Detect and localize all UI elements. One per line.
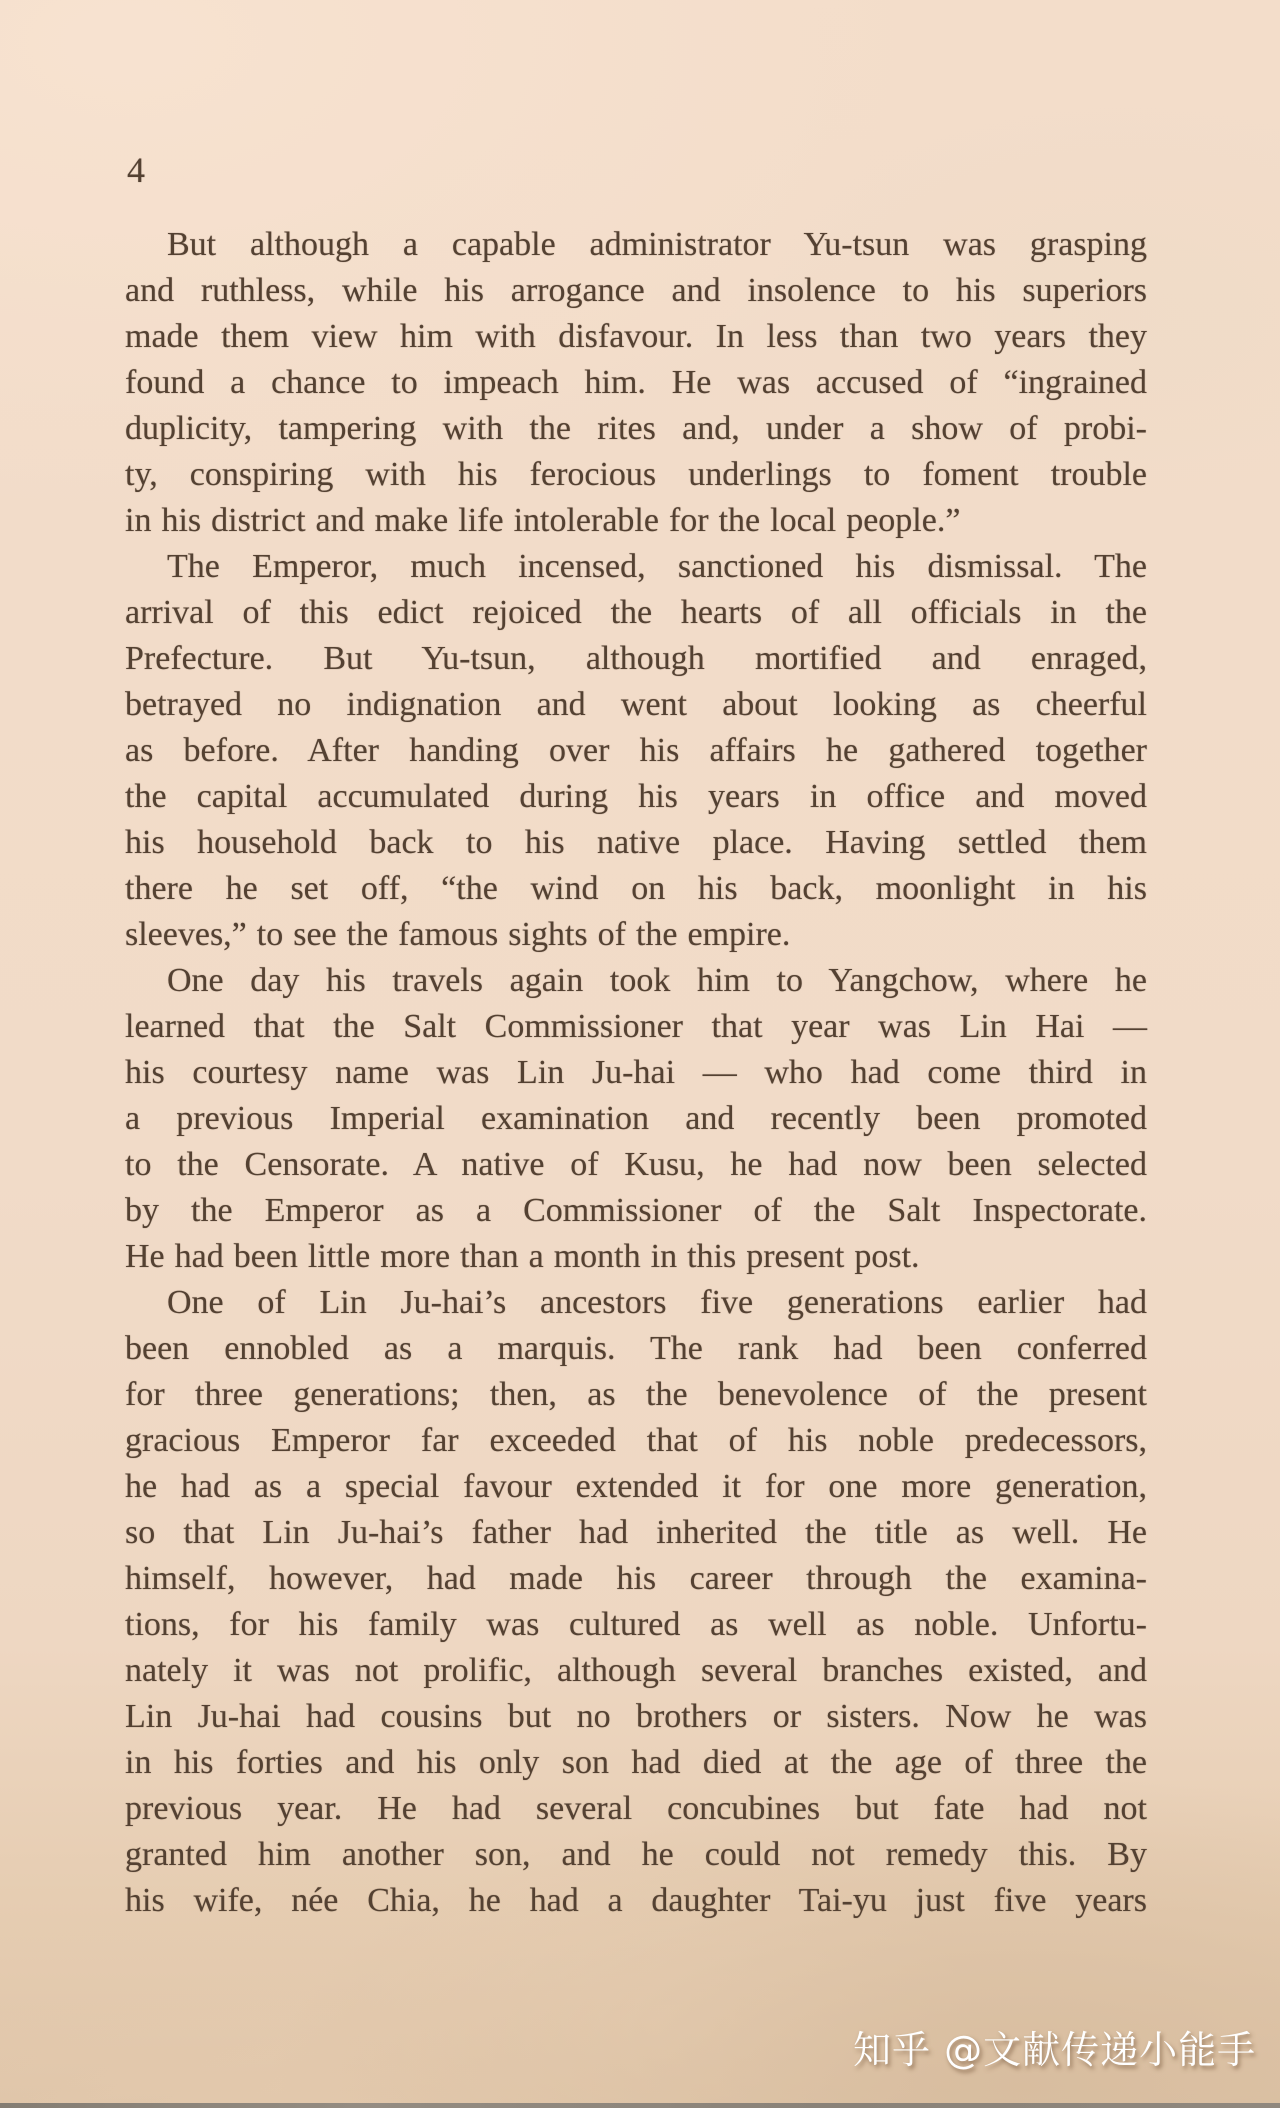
text-line: he had as a special favour extended it f… — [125, 1464, 1147, 1510]
text-line: One day his travels again took him to Ya… — [125, 958, 1147, 1004]
text-line: in his forties and his only son had died… — [125, 1740, 1147, 1786]
scan-edge-strip — [0, 2103, 1280, 2108]
text-line: nately it was not prolific, although sev… — [125, 1648, 1147, 1694]
text-line: as before. After handing over his affair… — [125, 728, 1147, 774]
text-line: ty, conspiring with his ferocious underl… — [125, 452, 1147, 498]
text-line: there he set off, “the wind on his back,… — [125, 866, 1147, 912]
text-line: But although a capable administrator Yu-… — [125, 222, 1147, 268]
paragraph: One day his travels again took him to Ya… — [125, 958, 1147, 1280]
text-line: in his district and make life intolerabl… — [125, 498, 1147, 544]
text-line: made them view him with disfavour. In le… — [125, 314, 1147, 360]
text-line: learned that the Salt Commissioner that … — [125, 1004, 1147, 1050]
paragraph: But although a capable administrator Yu-… — [125, 222, 1147, 544]
text-line: sleeves,” to see the famous sights of th… — [125, 912, 1147, 958]
text-line: been ennobled as a marquis. The rank had… — [125, 1326, 1147, 1372]
text-line: to the Censorate. A native of Kusu, he h… — [125, 1142, 1147, 1188]
paragraph: One of Lin Ju-hai’s ancestors five gener… — [125, 1280, 1147, 1924]
text-line: One of Lin Ju-hai’s ancestors five gener… — [125, 1280, 1147, 1326]
text-line: The Emperor, much incensed, sanctioned h… — [125, 544, 1147, 590]
text-line: Prefecture. But Yu-tsun, although mortif… — [125, 636, 1147, 682]
text-line: a previous Imperial examination and rece… — [125, 1096, 1147, 1142]
text-line: tions, for his family was cultured as we… — [125, 1602, 1147, 1648]
paragraph: The Emperor, much incensed, sanctioned h… — [125, 544, 1147, 958]
text-line: the capital accumulated during his years… — [125, 774, 1147, 820]
page-content: 4 But although a capable administrator Y… — [125, 150, 1147, 1924]
page-number: 4 — [127, 150, 1147, 190]
book-page-scan: 4 But although a capable administrator Y… — [0, 0, 1280, 2108]
text-line: granted him another son, and he could no… — [125, 1832, 1147, 1878]
text-line: and ruthless, while his arrogance and in… — [125, 268, 1147, 314]
body-text: But although a capable administrator Yu-… — [125, 222, 1147, 1924]
text-line: his wife, née Chia, he had a daughter Ta… — [125, 1878, 1147, 1924]
watermark-text: 知乎 @文献传递小能手 — [853, 2028, 1256, 2072]
text-line: previous year. He had several concubines… — [125, 1786, 1147, 1832]
text-line: by the Emperor as a Commissioner of the … — [125, 1188, 1147, 1234]
text-line: duplicity, tampering with the rites and,… — [125, 406, 1147, 452]
text-line: for three generations; then, as the bene… — [125, 1372, 1147, 1418]
text-line: found a chance to impeach him. He was ac… — [125, 360, 1147, 406]
text-line: himself, however, had made his career th… — [125, 1556, 1147, 1602]
text-line: Lin Ju-hai had cousins but no brothers o… — [125, 1694, 1147, 1740]
text-line: his courtesy name was Lin Ju-hai — who h… — [125, 1050, 1147, 1096]
watermark: 知乎 @文献传递小能手 — [853, 2026, 1256, 2074]
text-line: so that Lin Ju-hai’s father had inherite… — [125, 1510, 1147, 1556]
text-line: betrayed no indignation and went about l… — [125, 682, 1147, 728]
text-line: He had been little more than a month in … — [125, 1234, 1147, 1280]
text-line: his household back to his native place. … — [125, 820, 1147, 866]
text-line: gracious Emperor far exceeded that of hi… — [125, 1418, 1147, 1464]
text-line: arrival of this edict rejoiced the heart… — [125, 590, 1147, 636]
